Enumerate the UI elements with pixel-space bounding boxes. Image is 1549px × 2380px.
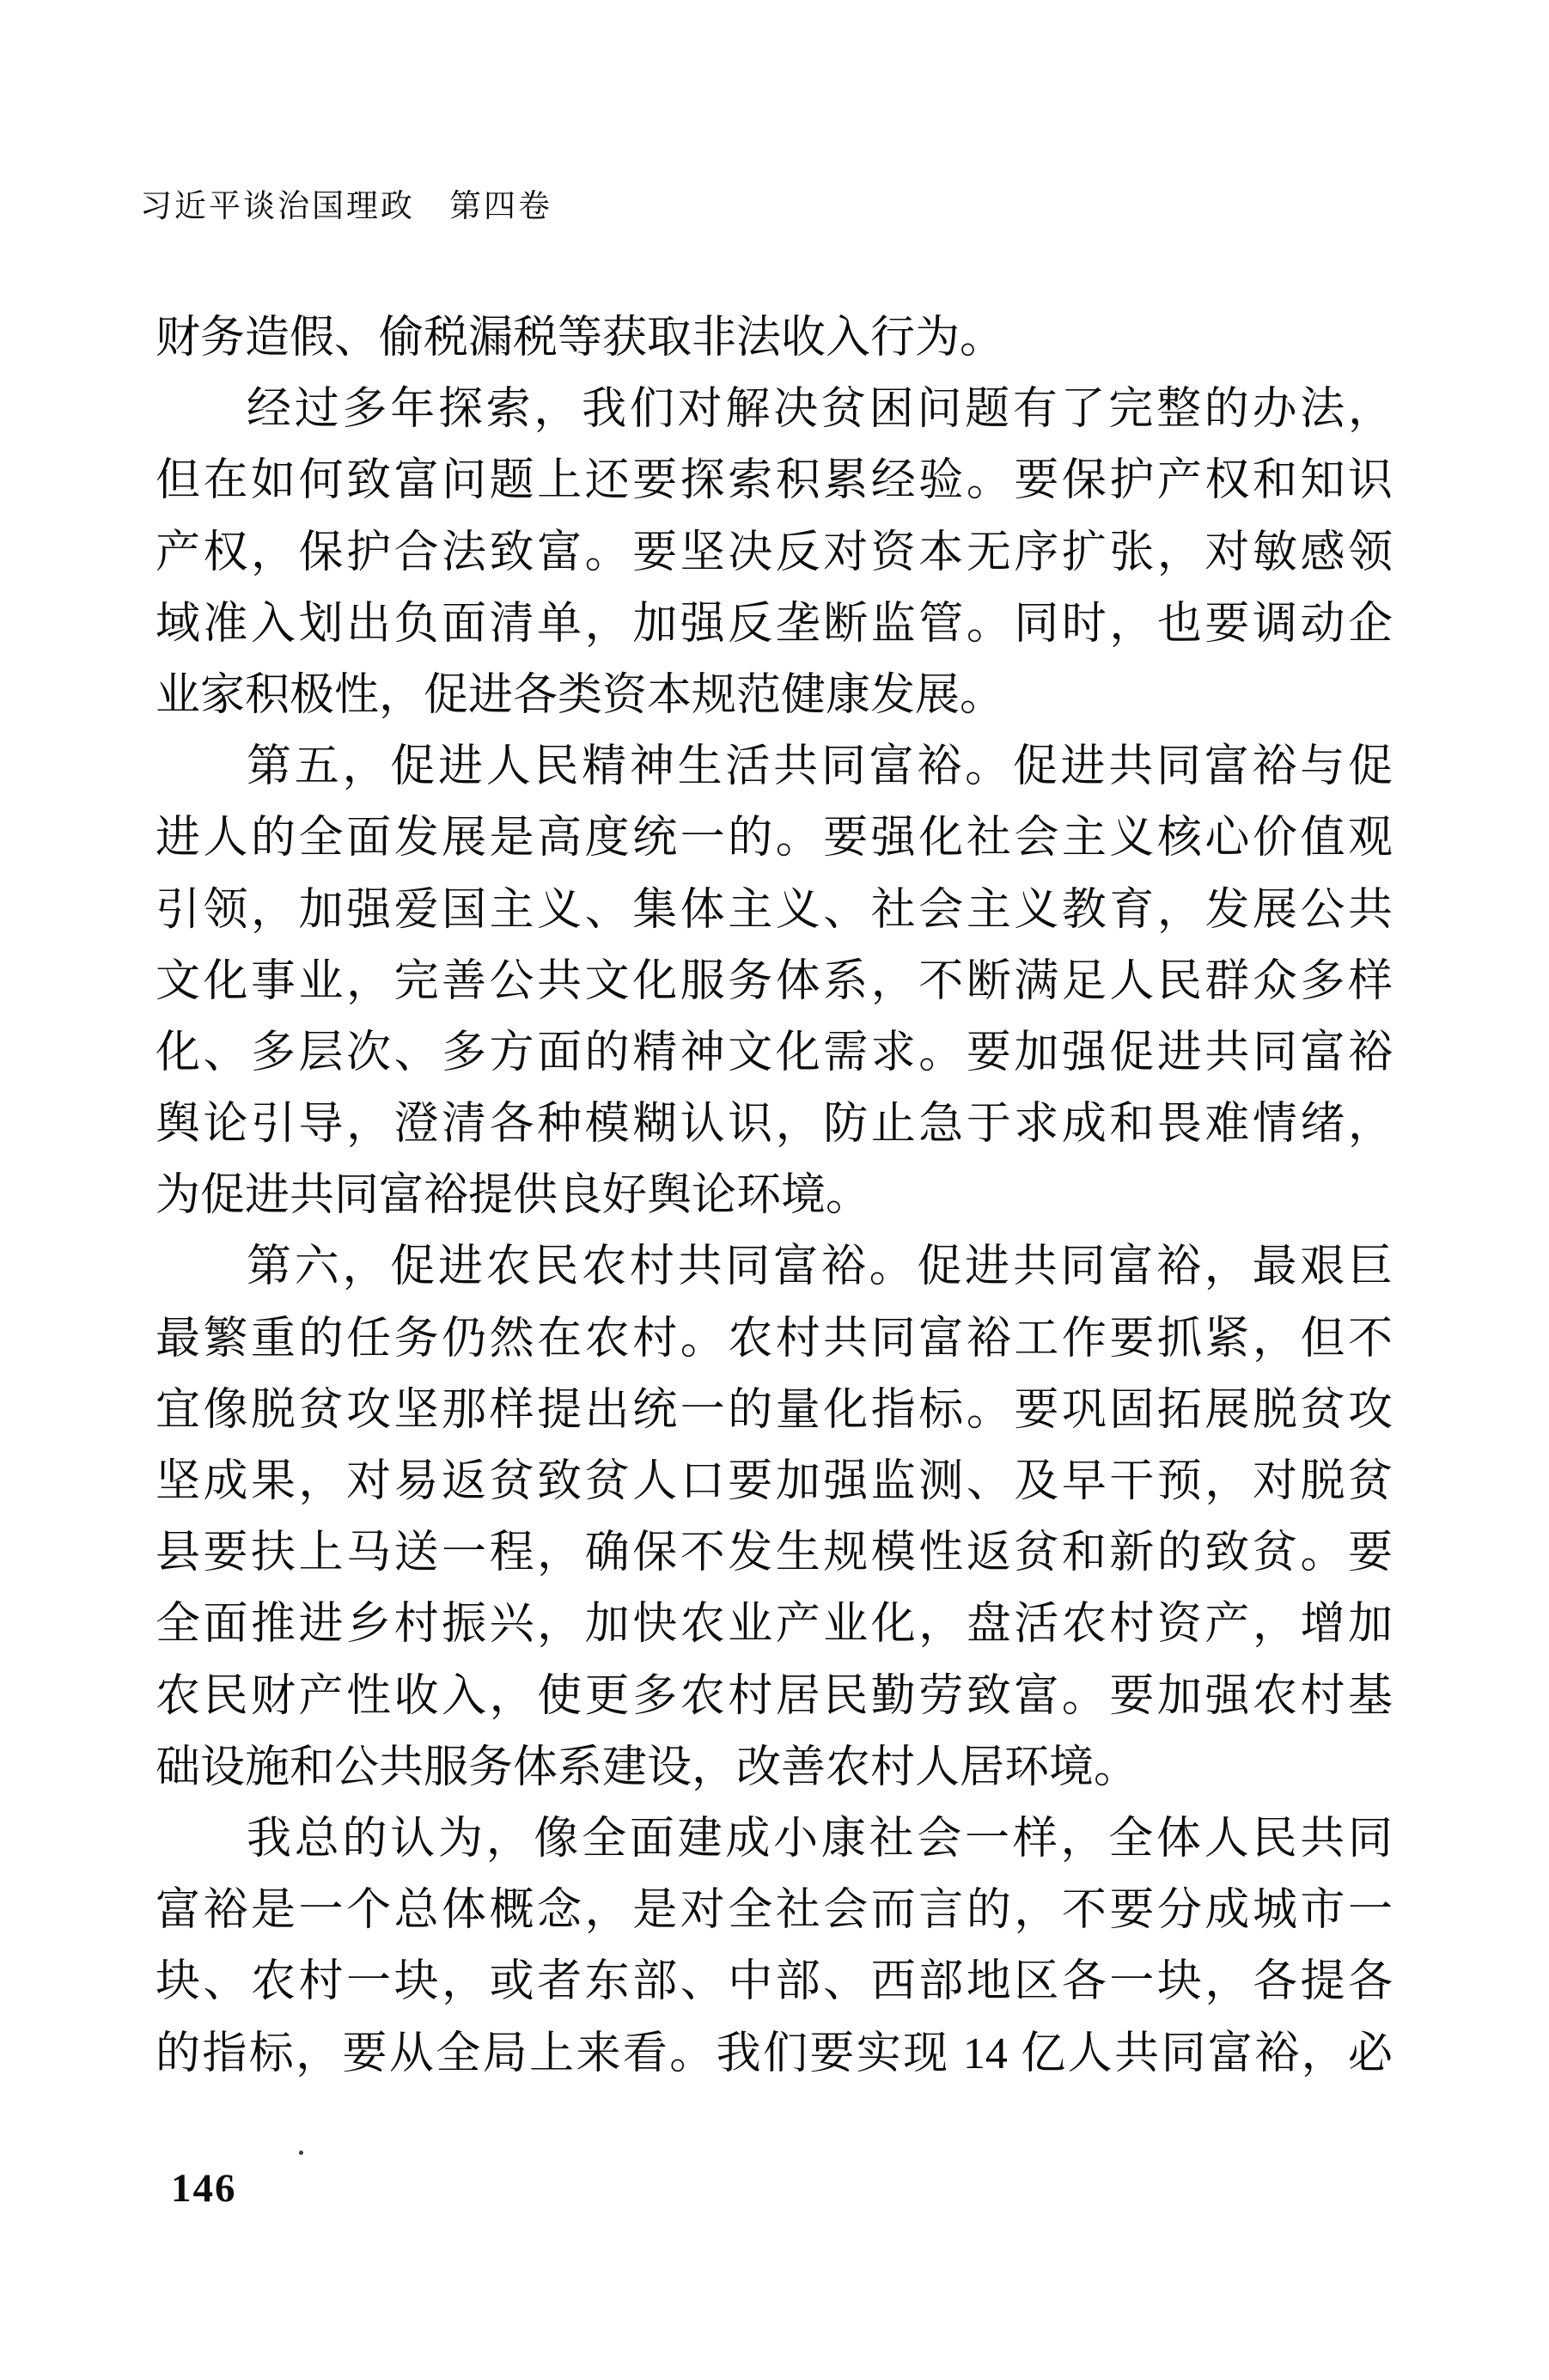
text-line: 但在如何致富问题上还要探索积累经验。要保护产权和知识 <box>156 445 1393 516</box>
text-line: 的指标，要从全局上来看。我们要实现 14 亿人共同富裕，必 <box>156 2018 1393 2090</box>
text-block: 财务造假、偷税漏税等获取非法收入行为。经过多年探索，我们对解决贫困问题有了完整的… <box>156 302 1393 2090</box>
text-line: 经过多年探索，我们对解决贫困问题有了完整的办法， <box>156 374 1393 445</box>
text-line: 我总的认为，像全面建成小康社会一样，全体人民共同 <box>156 1803 1393 1875</box>
text-line: 为促进共同富裕提供良好舆论环境。 <box>156 1160 1393 1231</box>
text-line: 文化事业，完善公共文化服务体系，不断满足人民群众多样 <box>156 946 1393 1017</box>
text-line: 第六，促进农民农村共同富裕。促进共同富裕，最艰巨 <box>156 1231 1393 1303</box>
text-line: 业家积极性，促进各类资本规范健康发展。 <box>156 660 1393 731</box>
text-line: 农民财产性收入，使更多农村居民勤劳致富。要加强农村基 <box>156 1661 1393 1732</box>
text-line: 引领，加强爱国主义、集体主义、社会主义教育，发展公共 <box>156 875 1393 946</box>
text-line: 坚成果，对易返贫致贫人口要加强监测、及早干预，对脱贫 <box>156 1446 1393 1517</box>
text-line: 全面推进乡村振兴，加快农业产业化，盘活农村资产，增加 <box>156 1589 1393 1660</box>
text-line: 县要扶上马送一程，确保不发生规模性返贫和新的致贫。要 <box>156 1517 1393 1589</box>
text-line: 宜像脱贫攻坚那样提出统一的量化指标。要巩固拓展脱贫攻 <box>156 1375 1393 1446</box>
text-line: 最繁重的任务仍然在农村。农村共同富裕工作要抓紧，但不 <box>156 1303 1393 1375</box>
text-line: 第五，促进人民精神生活共同富裕。促进共同富裕与促 <box>156 731 1393 802</box>
text-line: 进人的全面发展是高度统一的。要强化社会主义核心价值观 <box>156 802 1393 874</box>
book-page: 习近平谈治国理政 第四卷 财务造假、偷税漏税等获取非法收入行为。经过多年探索，我… <box>0 0 1549 2380</box>
text-line: 础设施和公共服务体系建设，改善农村人居环境。 <box>156 1732 1393 1803</box>
page-number: 146 <box>171 2165 237 2212</box>
running-title: 习近平谈治国理政 第四卷 <box>140 189 552 225</box>
text-line: 富裕是一个总体概念，是对全社会而言的，不要分成城市一 <box>156 1875 1393 1946</box>
text-line: 域准入划出负面清单，加强反垄断监管。同时，也要调动企 <box>156 589 1393 660</box>
text-line: 产权，保护合法致富。要坚决反对资本无序扩张，对敏感领 <box>156 517 1393 589</box>
scan-speck <box>299 2151 303 2155</box>
text-line: 舆论引导，澄清各种模糊认识，防止急于求成和畏难情绪， <box>156 1089 1393 1160</box>
text-line: 财务造假、偷税漏税等获取非法收入行为。 <box>156 302 1393 374</box>
text-line: 化、多层次、多方面的精神文化需求。要加强促进共同富裕 <box>156 1017 1393 1089</box>
text-line: 块、农村一块，或者东部、中部、西部地区各一块，各提各 <box>156 1946 1393 2017</box>
